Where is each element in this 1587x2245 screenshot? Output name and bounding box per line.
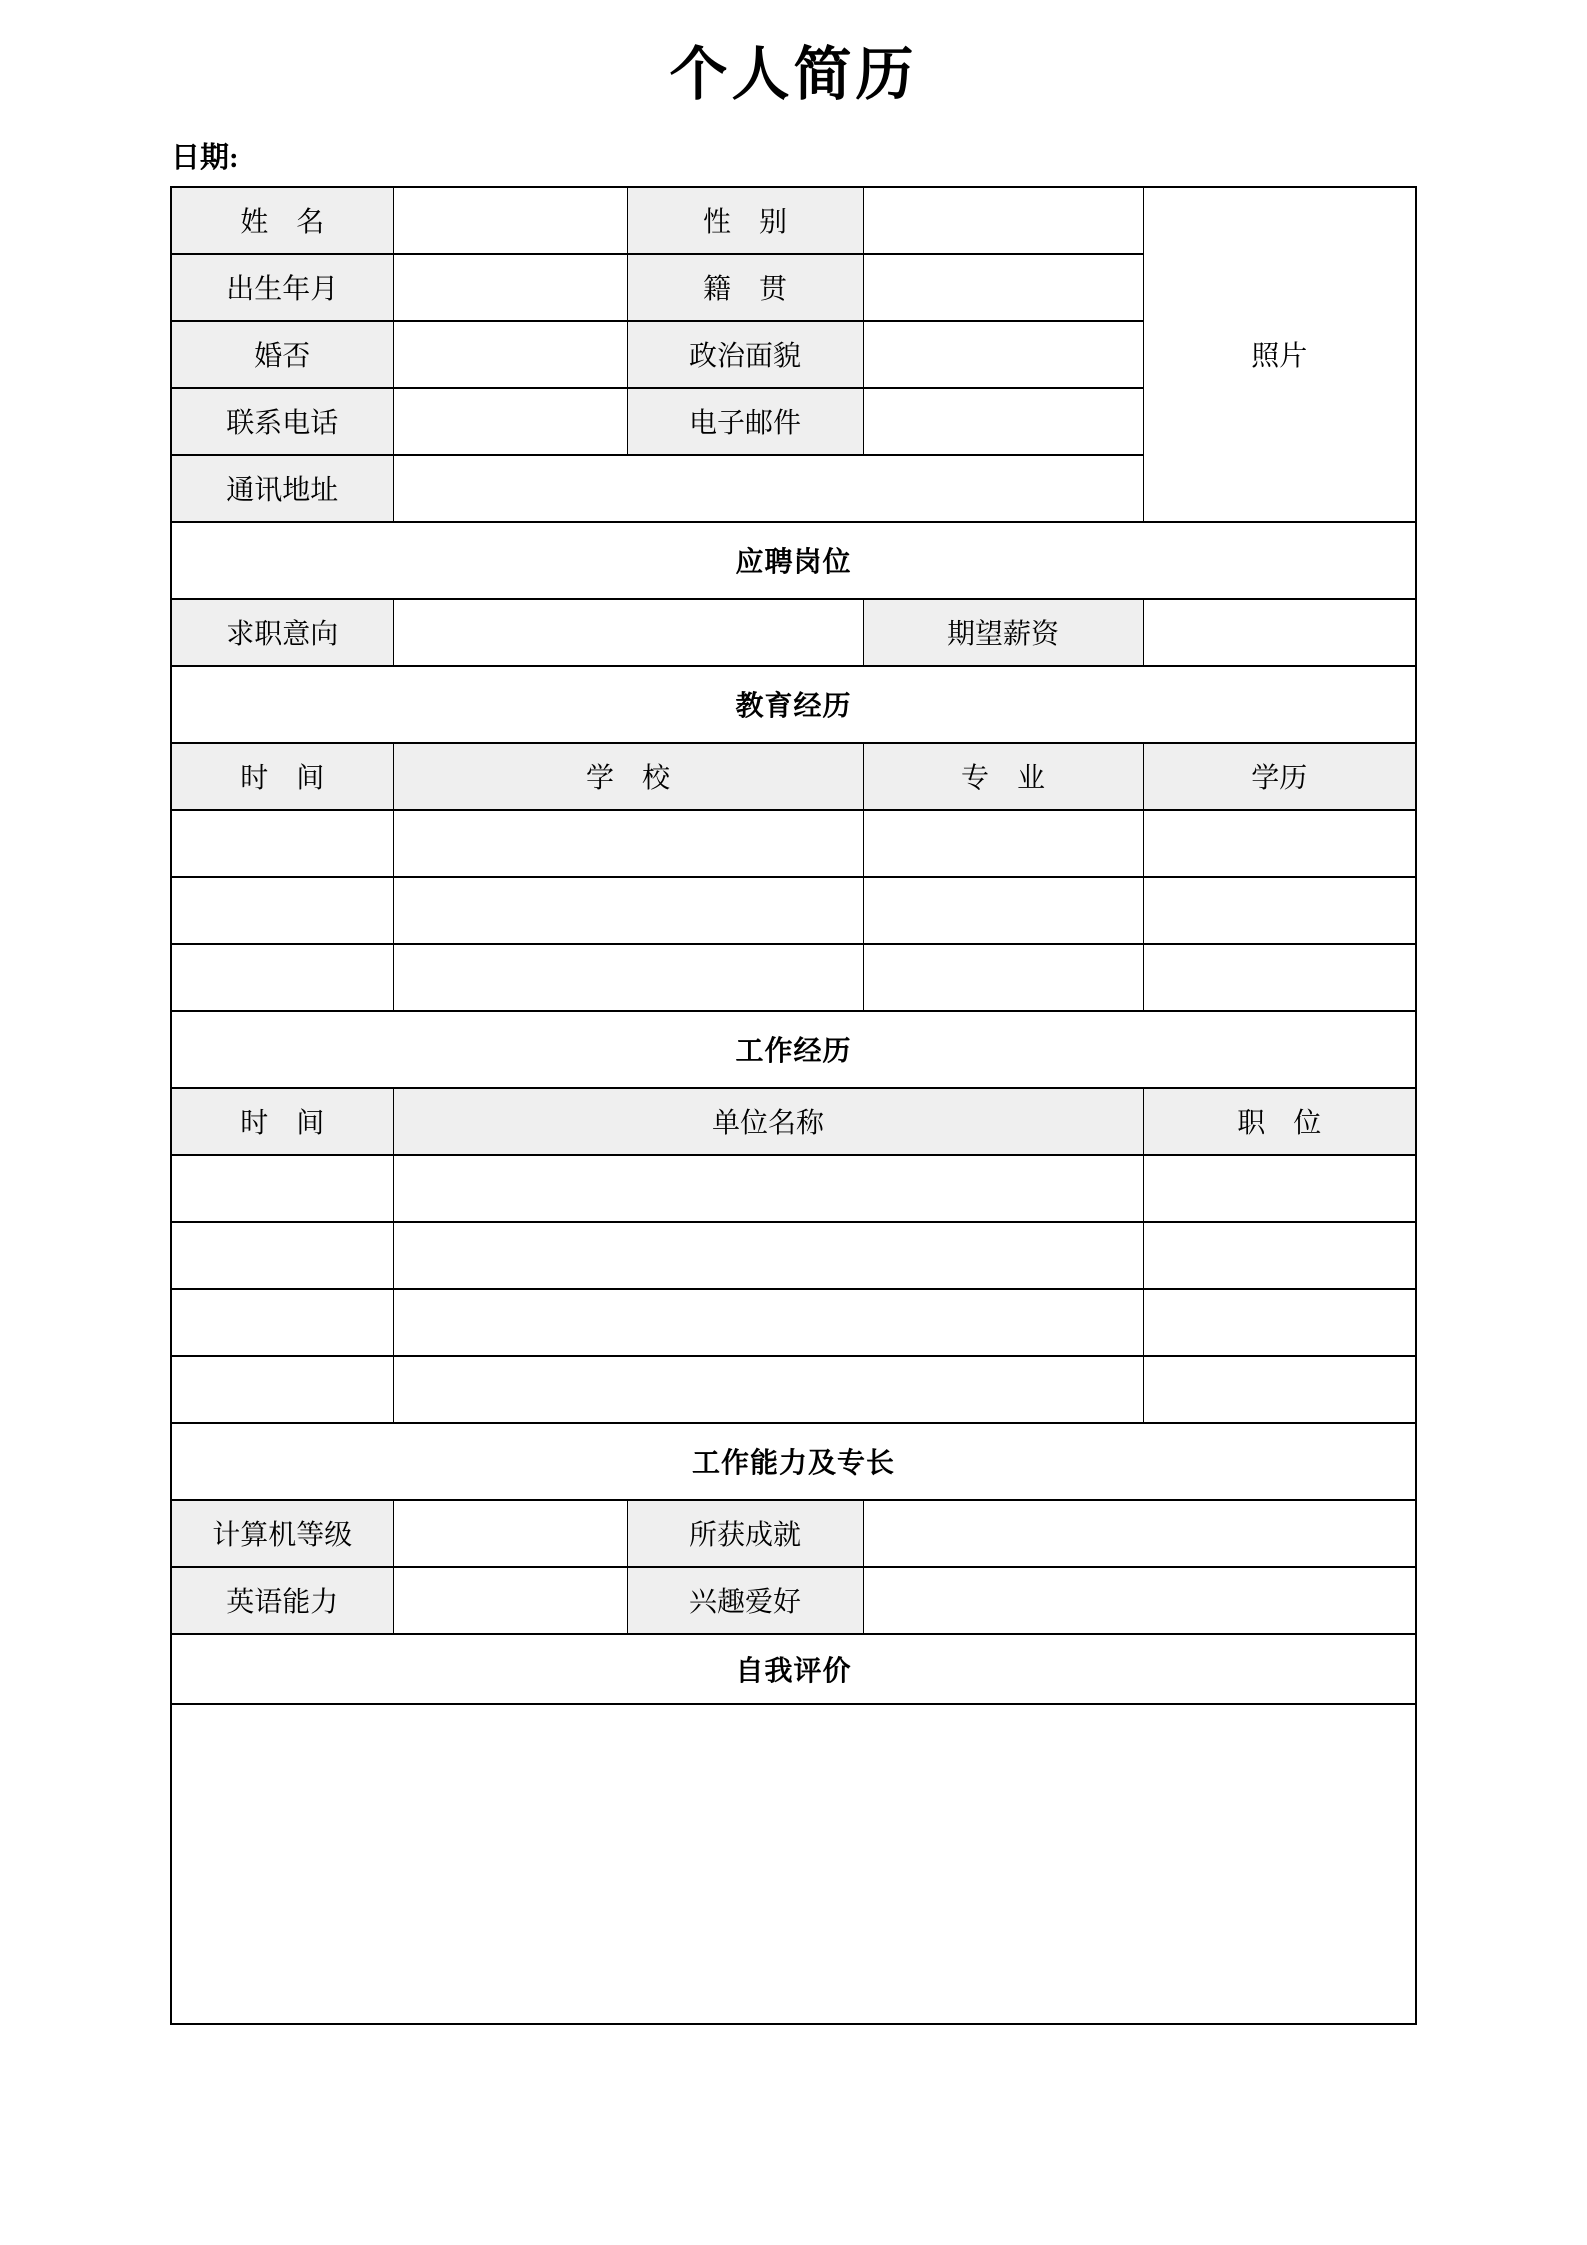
work-header-row: 时 间 单位名称 职 位 — [171, 1088, 1416, 1155]
page-title: 个人简历 — [0, 0, 1587, 109]
edu-time-field[interactable] — [171, 944, 393, 1011]
edu-degree-field[interactable] — [1143, 810, 1416, 877]
self-evaluation-field[interactable] — [171, 1704, 1416, 2024]
email-field[interactable] — [863, 388, 1143, 455]
section-title-skills: 工作能力及专长 — [171, 1423, 1416, 1500]
work-company-field[interactable] — [393, 1155, 1143, 1222]
resume-table: 姓 名 性 别 照片 出生年月 籍 贯 婚否 政治面貌 联系电话 电子邮件 通讯… — [170, 186, 1417, 2025]
table-row: 英语能力 兴趣爱好 — [171, 1567, 1416, 1634]
section-header-row: 教育经历 — [171, 666, 1416, 743]
edu-time-header: 时 间 — [171, 743, 393, 810]
edu-time-field[interactable] — [171, 810, 393, 877]
hobbies-label: 兴趣爱好 — [627, 1567, 863, 1634]
edu-school-field[interactable] — [393, 877, 863, 944]
edu-degree-field[interactable] — [1143, 877, 1416, 944]
section-header-row: 工作经历 — [171, 1011, 1416, 1088]
education-empty-row — [171, 810, 1416, 877]
work-time-field[interactable] — [171, 1289, 393, 1356]
work-company-field[interactable] — [393, 1356, 1143, 1423]
native-place-label: 籍 贯 — [627, 254, 863, 321]
achievements-field[interactable] — [863, 1500, 1416, 1567]
section-title-job: 应聘岗位 — [171, 522, 1416, 599]
work-position-field[interactable] — [1143, 1356, 1416, 1423]
edu-school-header: 学 校 — [393, 743, 863, 810]
gender-label: 性 别 — [627, 187, 863, 254]
section-header-row: 工作能力及专长 — [171, 1423, 1416, 1500]
birthdate-field[interactable] — [393, 254, 627, 321]
education-header-row: 时 间 学 校 专 业 学历 — [171, 743, 1416, 810]
section-header-row: 应聘岗位 — [171, 522, 1416, 599]
work-time-field[interactable] — [171, 1222, 393, 1289]
work-time-field[interactable] — [171, 1155, 393, 1222]
marital-status-label: 婚否 — [171, 321, 393, 388]
work-empty-row — [171, 1356, 1416, 1423]
expected-salary-label: 期望薪资 — [863, 599, 1143, 666]
work-company-field[interactable] — [393, 1289, 1143, 1356]
section-title-self-evaluation: 自我评价 — [171, 1634, 1416, 1704]
work-time-header: 时 间 — [171, 1088, 393, 1155]
native-place-field[interactable] — [863, 254, 1143, 321]
computer-level-label: 计算机等级 — [171, 1500, 393, 1567]
edu-major-header: 专 业 — [863, 743, 1143, 810]
political-status-field[interactable] — [863, 321, 1143, 388]
work-empty-row — [171, 1289, 1416, 1356]
table-row: 求职意向 期望薪资 — [171, 599, 1416, 666]
birthdate-label: 出生年月 — [171, 254, 393, 321]
section-header-row: 自我评价 — [171, 1634, 1416, 1704]
table-row: 计算机等级 所获成就 — [171, 1500, 1416, 1567]
work-empty-row — [171, 1155, 1416, 1222]
education-empty-row — [171, 944, 1416, 1011]
marital-status-field[interactable] — [393, 321, 627, 388]
edu-major-field[interactable] — [863, 944, 1143, 1011]
political-status-label: 政治面貌 — [627, 321, 863, 388]
computer-level-field[interactable] — [393, 1500, 627, 1567]
work-company-field[interactable] — [393, 1222, 1143, 1289]
name-label: 姓 名 — [171, 187, 393, 254]
work-empty-row — [171, 1222, 1416, 1289]
self-evaluation-row — [171, 1704, 1416, 2024]
work-position-field[interactable] — [1143, 1155, 1416, 1222]
expected-salary-field[interactable] — [1143, 599, 1416, 666]
education-empty-row — [171, 877, 1416, 944]
gender-field[interactable] — [863, 187, 1143, 254]
edu-school-field[interactable] — [393, 944, 863, 1011]
date-label: 日期: — [171, 135, 1416, 176]
section-title-work: 工作经历 — [171, 1011, 1416, 1088]
edu-major-field[interactable] — [863, 810, 1143, 877]
phone-field[interactable] — [393, 388, 627, 455]
edu-major-field[interactable] — [863, 877, 1143, 944]
hobbies-field[interactable] — [863, 1567, 1416, 1634]
job-intention-field[interactable] — [393, 599, 863, 666]
address-label: 通讯地址 — [171, 455, 393, 522]
achievements-label: 所获成就 — [627, 1500, 863, 1567]
work-position-header: 职 位 — [1143, 1088, 1416, 1155]
address-field[interactable] — [393, 455, 1143, 522]
english-ability-field[interactable] — [393, 1567, 627, 1634]
edu-degree-header: 学历 — [1143, 743, 1416, 810]
resume-page: 个人简历 日期: 姓 名 性 别 照片 出生年月 籍 贯 婚否 政治面貌 — [0, 0, 1587, 2245]
work-position-field[interactable] — [1143, 1289, 1416, 1356]
work-position-field[interactable] — [1143, 1222, 1416, 1289]
name-field[interactable] — [393, 187, 627, 254]
photo-placeholder[interactable]: 照片 — [1143, 187, 1416, 522]
phone-label: 联系电话 — [171, 388, 393, 455]
job-intention-label: 求职意向 — [171, 599, 393, 666]
work-time-field[interactable] — [171, 1356, 393, 1423]
edu-time-field[interactable] — [171, 877, 393, 944]
work-company-header: 单位名称 — [393, 1088, 1143, 1155]
edu-school-field[interactable] — [393, 810, 863, 877]
edu-degree-field[interactable] — [1143, 944, 1416, 1011]
english-ability-label: 英语能力 — [171, 1567, 393, 1634]
table-row: 姓 名 性 别 照片 — [171, 187, 1416, 254]
email-label: 电子邮件 — [627, 388, 863, 455]
section-title-education: 教育经历 — [171, 666, 1416, 743]
